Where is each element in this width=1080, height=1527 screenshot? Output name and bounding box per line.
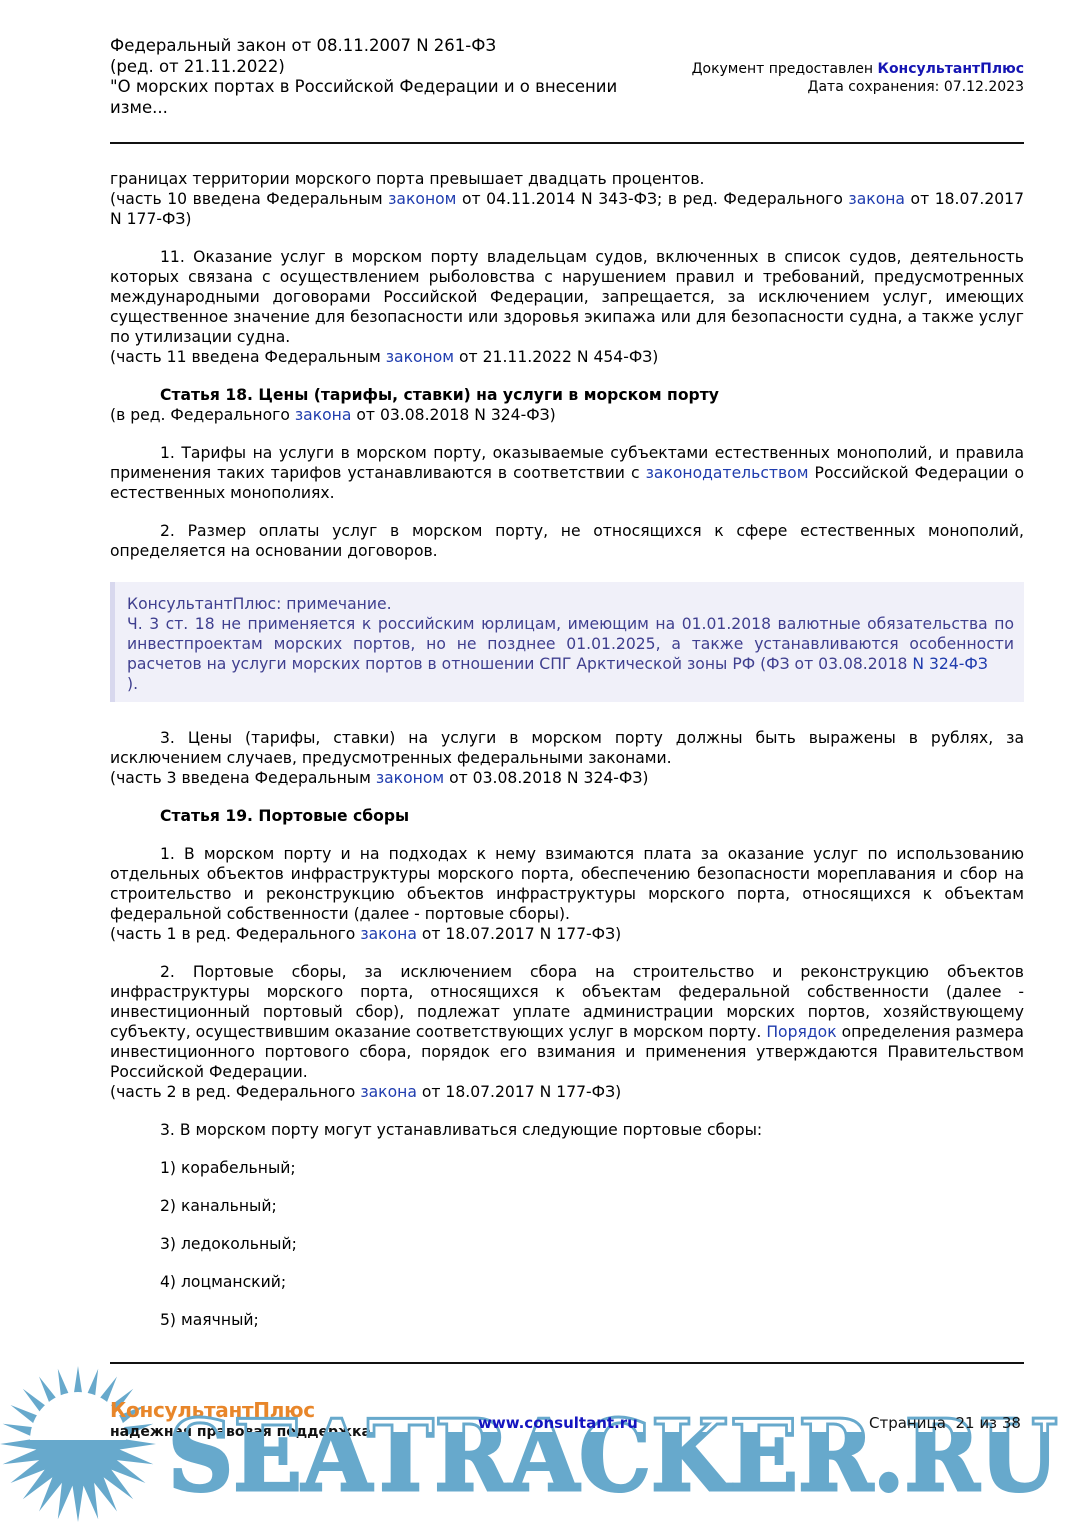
law-link[interactable]: закона: [360, 1083, 417, 1101]
paragraph: границах территории морского порта превы…: [110, 169, 1024, 189]
paragraph: 1. Тарифы на услуги в морском порту, ока…: [110, 443, 1024, 503]
document-body: границах территории морского порта превы…: [110, 169, 1024, 1330]
law-link[interactable]: закона: [848, 190, 905, 208]
amendment-note: (часть 10 введена Федеральным законом от…: [110, 189, 1024, 229]
save-date: Дата сохранения: 07.12.2023: [692, 78, 1024, 96]
watermark-sun-icon: [0, 1362, 1080, 1527]
consultant-url-link[interactable]: www.consultant.ru: [478, 1414, 638, 1432]
doc-title-line: (ред. от 21.11.2022): [110, 57, 630, 78]
fee-item: 5) маячный;: [110, 1310, 1024, 1330]
fee-item: 4) лоцманский;: [110, 1272, 1024, 1292]
page-current: 21: [955, 1414, 974, 1432]
paragraph: 1. В морском порту и на подходах к нему …: [110, 844, 1024, 924]
procedure-link[interactable]: Порядок: [766, 1023, 836, 1041]
page-total: 38: [1002, 1414, 1021, 1432]
paragraph: 2. Портовые сборы, за исключением сбора …: [110, 962, 1024, 1082]
law-link[interactable]: законом: [376, 769, 444, 787]
amendment-note: (часть 3 введена Федеральным законом от …: [110, 768, 1024, 788]
paragraph: 2. Размер оплаты услуг в морском порту, …: [110, 521, 1024, 561]
consultant-note: КонсультантПлюс: примечание. Ч. 3 ст. 18…: [110, 582, 1024, 702]
page-footer: КонсультантПлюс надежная правовая поддер…: [0, 1362, 1080, 1527]
law-link[interactable]: законом: [388, 190, 456, 208]
paragraph: 11. Оказание услуг в морском порту владе…: [110, 247, 1024, 347]
provider-info: Документ предоставлен КонсультантПлюс Да…: [692, 60, 1024, 96]
article-19-heading: Статья 19. Портовые сборы: [110, 806, 1024, 826]
footer-brand: КонсультантПлюс: [110, 1398, 315, 1422]
footer-tagline: надежная правовая поддержка: [110, 1424, 371, 1440]
doc-title-line: изме...: [110, 98, 630, 119]
law-link[interactable]: законом: [386, 348, 454, 366]
amendment-note: (в ред. Федерального закона от 03.08.201…: [110, 405, 1024, 425]
doc-title-line: "О морских портах в Российской Федерации…: [110, 77, 630, 98]
note-title: КонсультантПлюс: примечание.: [127, 594, 1014, 614]
law-link[interactable]: закона: [295, 406, 352, 424]
note-text: Ч. 3 ст. 18 не применяется к российским …: [127, 614, 1014, 694]
amendment-note: (часть 11 введена Федеральным законом от…: [110, 347, 1024, 367]
paragraph: 3. Цены (тарифы, ставки) на услуги в мор…: [110, 728, 1024, 768]
fee-item: 2) канальный;: [110, 1196, 1024, 1216]
provider-brand: КонсультантПлюс: [878, 61, 1025, 77]
fee-item: 3) ледокольный;: [110, 1234, 1024, 1254]
paragraph: 3. В морском порту могут устанавливаться…: [110, 1120, 1024, 1140]
page-indicator: Страница 21 из 38: [869, 1414, 1021, 1432]
header-divider: [110, 142, 1024, 144]
legislation-link[interactable]: законодательством: [646, 464, 809, 482]
law-link[interactable]: N 324-ФЗ: [912, 655, 987, 673]
law-link[interactable]: закона: [360, 925, 417, 943]
doc-title-line: Федеральный закон от 08.11.2007 N 261-ФЗ: [110, 36, 630, 57]
amendment-note: (часть 1 в ред. Федерального закона от 1…: [110, 924, 1024, 944]
fee-item: 1) корабельный;: [110, 1158, 1024, 1178]
document-title: Федеральный закон от 08.11.2007 N 261-ФЗ…: [110, 36, 630, 118]
amendment-note: (часть 2 в ред. Федерального закона от 1…: [110, 1082, 1024, 1102]
provided-by-label: Документ предоставлен: [692, 61, 878, 77]
article-18-heading: Статья 18. Цены (тарифы, ставки) на услу…: [110, 385, 1024, 405]
